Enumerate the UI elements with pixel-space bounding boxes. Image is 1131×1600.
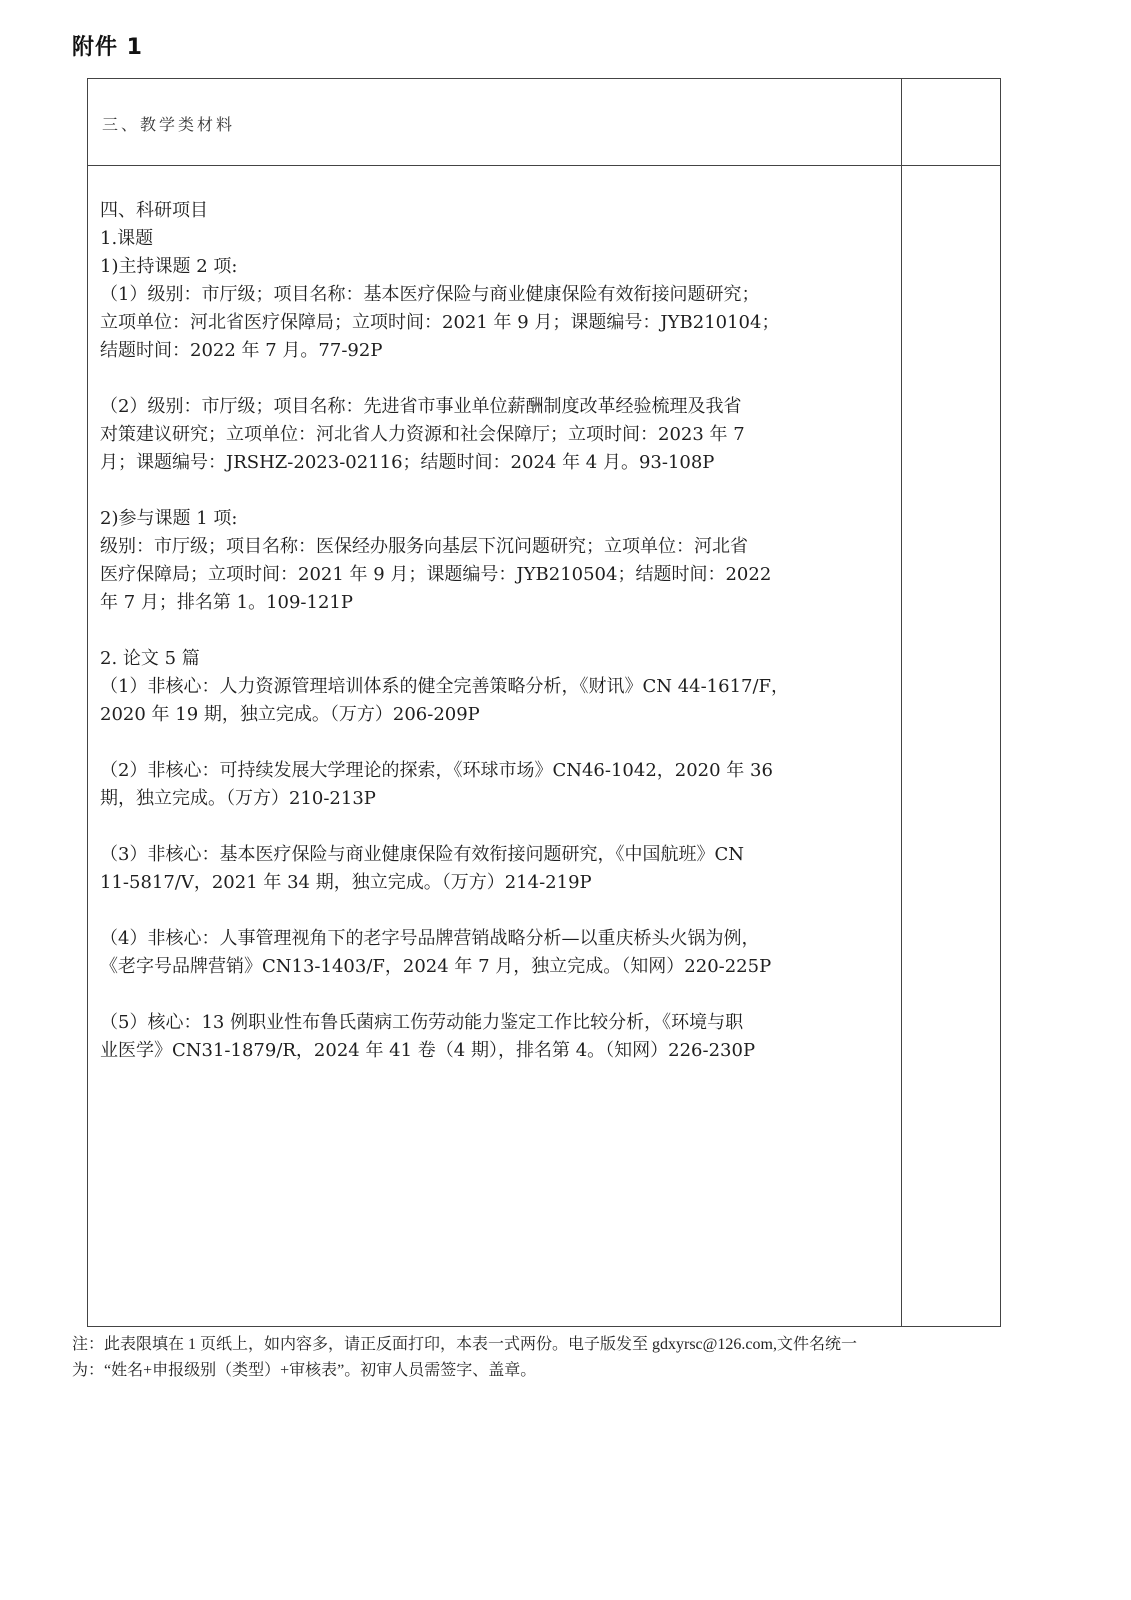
text-line: 期，独立完成。（万方）210-213P <box>100 785 896 813</box>
review-form-table: 三、教学类材料 四、科研项目 1.课题 1)主持课题 2 项: （1）级别：市厅… <box>87 78 1001 1327</box>
paper-item: （4）非核心：人事管理视角下的老字号品牌营销战略分析—以重庆桥头火锅为例， 《老… <box>100 925 896 981</box>
footer-note-line-1: 注：此表限填在 1 页纸上，如内容多，请正反面打印，本表一式两份。电子版发至 g… <box>72 1332 1032 1358</box>
papers-heading: 2. 论文 5 篇 <box>100 645 896 673</box>
attachment-label: 附件 1 <box>72 30 143 61</box>
row-divider <box>88 165 1000 166</box>
text-line: （4）非核心：人事管理视角下的老字号品牌营销战略分析—以重庆桥头火锅为例， <box>100 925 896 953</box>
participated-project-item: 级别：市厅级；项目名称：医保经办服务向基层下沉问题研究；立项单位：河北省 医疗保… <box>100 533 896 617</box>
hosted-project-item: （2）级别：市厅级；项目名称：先进省市事业单位薪酬制度改革经验梳理及我省 对策建… <box>100 393 896 477</box>
text-line: （1）非核心：人力资源管理培训体系的健全完善策略分析，《财讯》CN 44-161… <box>100 673 896 701</box>
hosted-projects-heading: 1)主持课题 2 项: <box>100 253 896 281</box>
text-line: （1）级别：市厅级；项目名称：基本医疗保险与商业健康保险有效衔接问题研究； <box>100 281 896 309</box>
section-teaching-materials-title: 三、教学类材料 <box>102 112 235 135</box>
projects-heading: 1.课题 <box>100 225 896 253</box>
paper-item: （3）非核心：基本医疗保险与商业健康保险有效衔接问题研究，《中国航班》CN 11… <box>100 841 896 897</box>
text-line: 立项单位：河北省医疗保障局；立项时间：2021 年 9 月；课题编号：JYB21… <box>100 309 896 337</box>
participated-projects-heading: 2)参与课题 1 项: <box>100 505 896 533</box>
footer-note: 注：此表限填在 1 页纸上，如内容多，请正反面打印，本表一式两份。电子版发至 g… <box>72 1332 1032 1384</box>
text-line: （3）非核心：基本医疗保险与商业健康保险有效衔接问题研究，《中国航班》CN <box>100 841 896 869</box>
paper-item: （1）非核心：人力资源管理培训体系的健全完善策略分析，《财讯》CN 44-161… <box>100 673 896 729</box>
paper-item: （5）核心：13 例职业性布鲁氏菌病工伤劳动能力鉴定工作比较分析，《环境与职 业… <box>100 1009 896 1065</box>
footer-note-line-2: 为：“姓名+申报级别（类型）+审核表”。初审人员需签字、盖章。 <box>72 1358 1032 1384</box>
text-line: 年 7 月；排名第 1。109-121P <box>100 589 896 617</box>
text-line: 医疗保障局；立项时间：2021 年 9 月；课题编号：JYB210504；结题时… <box>100 561 896 589</box>
text-line: 月；课题编号：JRSHZ-2023-02116；结题时间：2024 年 4 月。… <box>100 449 896 477</box>
text-line: 级别：市厅级；项目名称：医保经办服务向基层下沉问题研究；立项单位：河北省 <box>100 533 896 561</box>
research-projects-cell: 四、科研项目 1.课题 1)主持课题 2 项: （1）级别：市厅级；项目名称：基… <box>100 197 896 1065</box>
section-research-title: 四、科研项目 <box>100 197 896 225</box>
paper-item: （2）非核心：可持续发展大学理论的探索，《环球市场》CN46-1042，2020… <box>100 757 896 813</box>
text-line: （5）核心：13 例职业性布鲁氏菌病工伤劳动能力鉴定工作比较分析，《环境与职 <box>100 1009 896 1037</box>
text-line: 结题时间：2022 年 7 月。77-92P <box>100 337 896 365</box>
hosted-project-item: （1）级别：市厅级；项目名称：基本医疗保险与商业健康保险有效衔接问题研究； 立项… <box>100 281 896 365</box>
text-line: 2020 年 19 期，独立完成。（万方）206-209P <box>100 701 896 729</box>
text-line: 业医学》CN31-1879/R，2024 年 41 卷（4 期），排名第 4。（… <box>100 1037 896 1065</box>
text-line: （2）级别：市厅级；项目名称：先进省市事业单位薪酬制度改革经验梳理及我省 <box>100 393 896 421</box>
text-line: （2）非核心：可持续发展大学理论的探索，《环球市场》CN46-1042，2020… <box>100 757 896 785</box>
text-line: 11-5817/V，2021 年 34 期，独立完成。（万方）214-219P <box>100 869 896 897</box>
text-line: 《老字号品牌营销》CN13-1403/F，2024 年 7 月，独立完成。（知网… <box>100 953 896 981</box>
column-divider <box>901 79 902 1326</box>
text-line: 对策建议研究；立项单位：河北省人力资源和社会保障厅；立项时间：2023 年 7 <box>100 421 896 449</box>
